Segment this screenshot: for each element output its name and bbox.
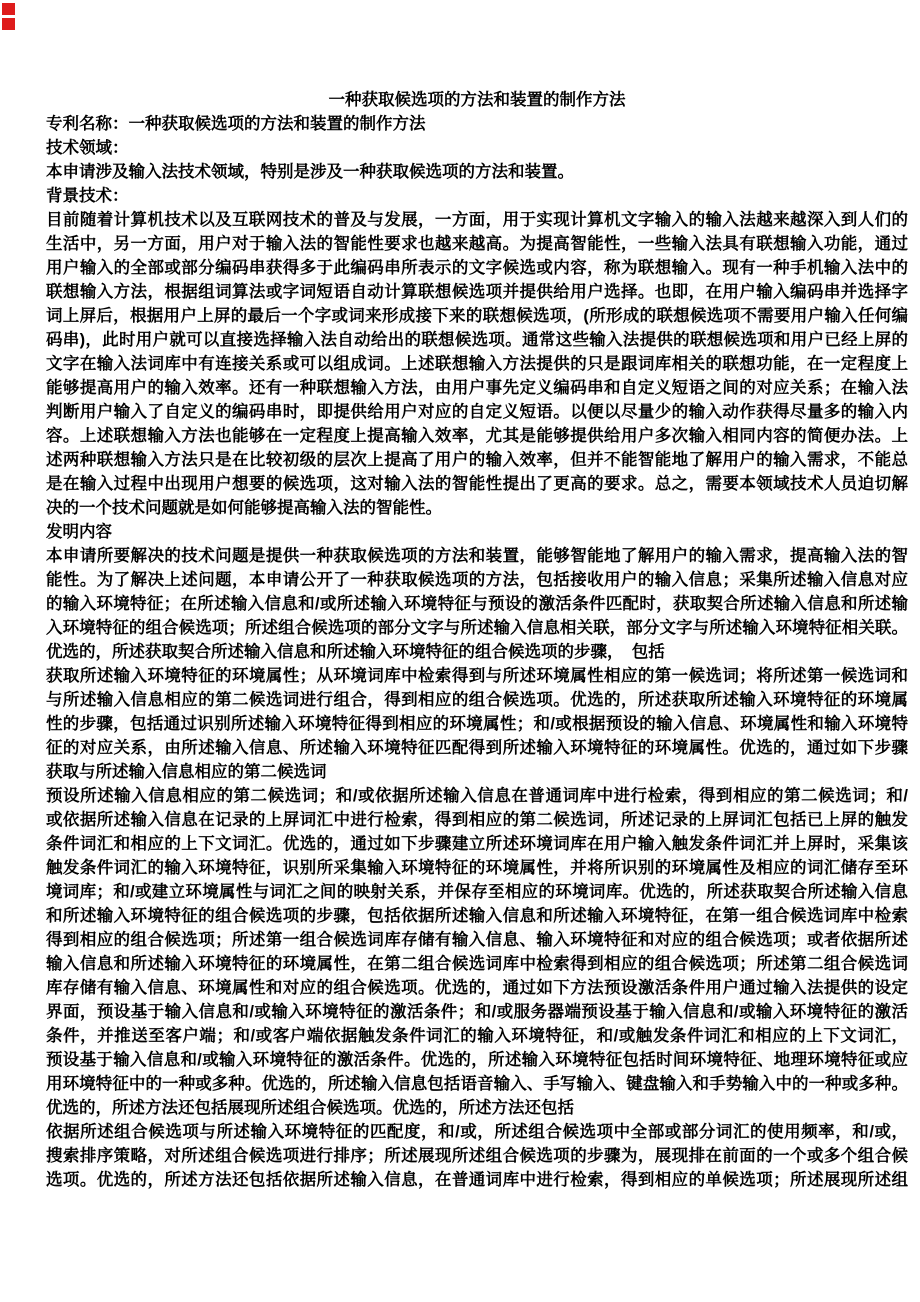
- text-line: 选项。优选的，所述方法还包括依据所述输入信息，在普通词库中进行检索，得到相应的单…: [46, 1168, 908, 1192]
- text-line: 搜索排序策略，对所述组合候选项进行排序；所述展现所述组合候选项的步骤为，展现排在…: [46, 1144, 908, 1168]
- text-line: 的输入环境特征；在所述输入信息和/或所述输入环境特征与预设的激活条件匹配时，获取…: [46, 592, 908, 616]
- text-line: 判断用户输入了自定义的编码串时，即提供给用户对应的自定义短语。以便以尽量少的输入…: [46, 400, 908, 424]
- text-line: 触发条件词汇的输入环境特征，识别所采集输入环境特征的环境属性，并将所识别的环境属…: [46, 856, 908, 880]
- text-line: 能够提高用户的输入效率。还有一种联想输入方法，由用户事先定义编码串和自定义短语之…: [46, 376, 908, 400]
- text-line: 本申请所要解决的技术问题是提供一种获取候选项的方法和装置，能够智能地了解用户的输…: [46, 544, 908, 568]
- text-line: 决的一个技术问题就是如何能够提高输入法的智能性。: [46, 496, 908, 520]
- text-line: 容。上述联想输入方法也能够在一定程度上提高输入效率，尤其是能够提供给用户多次输入…: [46, 424, 908, 448]
- text-line: 词上屏后，根据用户上屏的最后一个字或词来形成接下来的联想候选项，(所形成的联想候…: [46, 304, 908, 328]
- section-heading: 背景技术：: [46, 184, 908, 208]
- text-line: 条件，并推送至客户端；和/或客户端依据触发条件词汇的输入环境特征，和/或触发条件…: [46, 1024, 908, 1048]
- text-line: 得到相应的组合候选项；所述第一组合候选词库存储有输入信息、输入环境特征和对应的组…: [46, 928, 908, 952]
- text-line: 预设所述输入信息相应的第二候选词；和/或依据所述输入信息在普通词库中进行检索，得…: [46, 784, 908, 808]
- text-line: 目前随着计算机技术以及互联网技术的普及与发展，一方面，用于实现计算机文字输入的输…: [46, 208, 908, 232]
- text-line: 与所述输入信息相应的第二候选词进行组合，得到相应的组合候选项。优选的，所述获取所…: [46, 688, 908, 712]
- text-line: 优选的，所述获取契合所述输入信息和所述输入环境特征的组合候选项的步骤， 包括: [46, 640, 908, 664]
- text-line: 条件词汇和相应的上下文词汇。优选的，通过如下步骤建立所述环境词库在用户输入触发条…: [46, 832, 908, 856]
- text-line: 获取所述输入环境特征的环境属性；从环境词库中检索得到与所述环境属性相应的第一候选…: [46, 664, 908, 688]
- text-line: 联想输入方法，根据组词算法或字词短语自动计算联想候选项并提供给用户选择。也即，在…: [46, 280, 908, 304]
- text-line: 用户输入的全部或部分编码串获得多于此编码串所表示的文字候选或内容，称为联想输入。…: [46, 256, 908, 280]
- text-line: 文字在输入法词库中有连接关系或可以组成词。上述联想输入方法提供的只是跟词库相关的…: [46, 352, 908, 376]
- text-line: 是在输入过程中出现用户想要的候选项，这对输入法的智能性提出了更高的要求。总之，需…: [46, 472, 908, 496]
- document-body: 专利名称：一种获取候选项的方法和装置的制作方法技术领域：本申请涉及输入法技术领域…: [46, 112, 908, 1192]
- text-line: 优选的，所述方法还包括展现所述组合候选项。优选的，所述方法还包括: [46, 1096, 908, 1120]
- document-title: 一种获取候选项的方法和装置的制作方法: [46, 88, 908, 112]
- patent-name: 专利名称：一种获取候选项的方法和装置的制作方法: [46, 112, 908, 136]
- section-heading: 技术领域：: [46, 136, 908, 160]
- text-line: 能性。为了解决上述问题，本申请公开了一种获取候选项的方法，包括接收用户的输入信息…: [46, 568, 908, 592]
- red-glyph-marker: [2, 3, 15, 15]
- text-line: 库存储有输入信息、环境属性和对应的组合候选项。优选的，通过如下方法预设激活条件用…: [46, 976, 908, 1000]
- text-line: 生活中，另一方面，用户对于输入法的智能性要求也越来越高。为提高智能性，一些输入法…: [46, 232, 908, 256]
- text-line: 征的对应关系，由所述输入信息、所述输入环境特征匹配得到所述输入环境特征的环境属性…: [46, 736, 908, 760]
- document-content: 一种获取候选项的方法和装置的制作方法 专利名称：一种获取候选项的方法和装置的制作…: [46, 88, 908, 1192]
- text-line: 性的步骤，包括通过识别所述输入环境特征得到相应的环境属性；和/或根据预设的输入信…: [46, 712, 908, 736]
- patent-document-page: 一种获取候选项的方法和装置的制作方法 专利名称：一种获取候选项的方法和装置的制作…: [0, 0, 920, 1302]
- text-line: 或依据所述输入信息在记录的上屏词汇中进行检索，得到相应的第二候选词，所述记录的上…: [46, 808, 908, 832]
- text-line: 预设基于输入信息和/或输入环境特征的激活条件。优选的，所述输入环境特征包括时间环…: [46, 1048, 908, 1072]
- section-heading: 发明内容: [46, 520, 908, 544]
- text-line: 码串)，此时用户就可以直接选择输入法自动给出的联想候选项。通常这些输入法提供的联…: [46, 328, 908, 352]
- text-line: 获取与所述输入信息相应的第二候选词: [46, 760, 908, 784]
- text-line: 境词库；和/或建立环境属性与词汇之间的映射关系，并保存至相应的环境词库。优选的，…: [46, 880, 908, 904]
- text-line: 本申请涉及输入法技术领域，特别是涉及一种获取候选项的方法和装置。: [46, 160, 908, 184]
- text-line: 界面，预设基于输入信息和/或输入环境特征的激活条件；和/或服务器端预设基于输入信…: [46, 1000, 908, 1024]
- text-line: 用环境特征中的一种或多种。优选的，所述输入信息包括语音输入、手写输入、键盘输入和…: [46, 1072, 908, 1096]
- text-line: 依据所述组合候选项与所述输入环境特征的匹配度，和/或，所述组合候选项中全部或部分…: [46, 1120, 908, 1144]
- text-line: 述两种联想输入方法只是在比较初级的层次上提高了用户的输入效率，但并不能智能地了解…: [46, 448, 908, 472]
- text-line: 和所述输入环境特征的组合候选项的步骤，包括依据所述输入信息和所述输入环境特征，在…: [46, 904, 908, 928]
- text-line: 入环境特征的组合候选项；所述组合候选项的部分文字与所述输入信息相关联，部分文字与…: [46, 616, 908, 640]
- text-line: 输入信息和所述输入环境特征的环境属性，在第二组合候选词库中检索得到相应的组合候选…: [46, 952, 908, 976]
- red-glyph-marker: [2, 18, 15, 30]
